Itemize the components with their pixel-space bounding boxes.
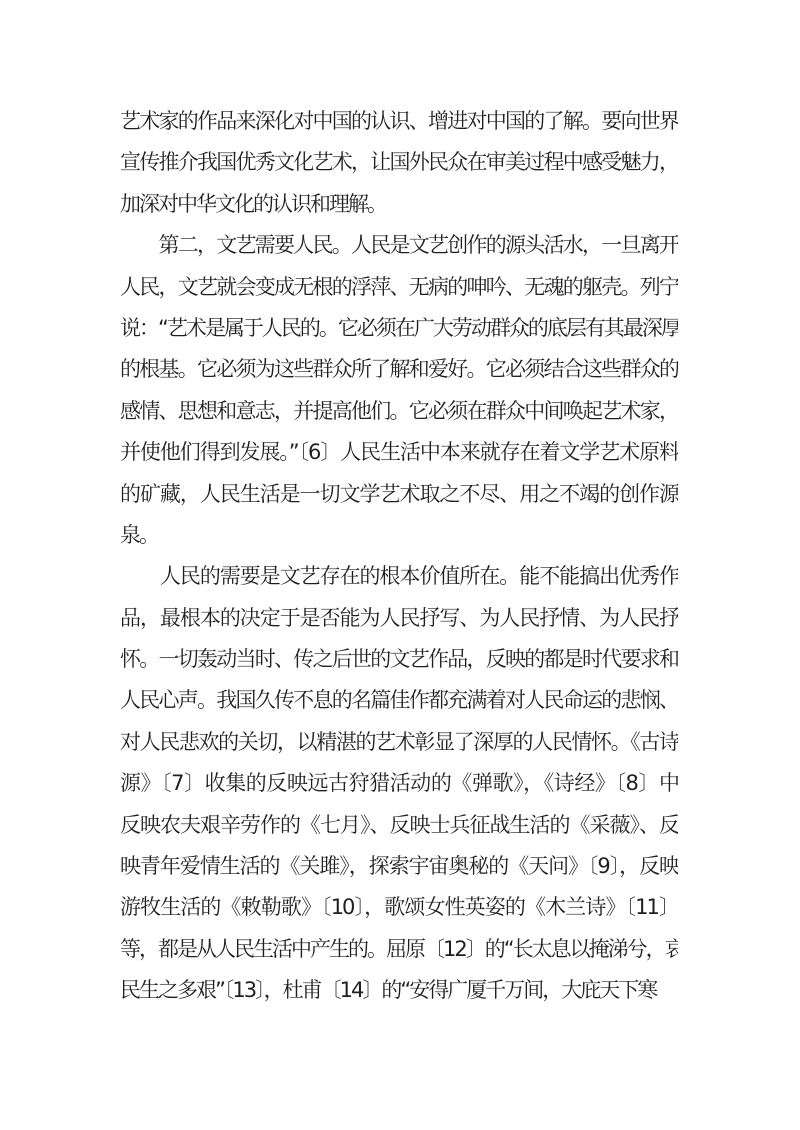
paragraph: 第二，文艺需要人民。人民是文艺创作的源头活水，一旦离开人民，文艺就会变成无根的浮… — [120, 225, 678, 556]
text-line: 加深对中华文化的认识和理解。 — [120, 184, 678, 225]
text-line: 并使他们得到发展。”〔6〕人民生活中本来就存在着文学艺术原料 — [120, 432, 678, 473]
text-line: 反映农夫艰辛劳作的《七月》、反映士兵征战生活的《采薇》、反 — [120, 805, 678, 846]
text-line: 的根基。它必须为这些群众所了解和爱好。它必须结合这些群众的 — [120, 349, 678, 390]
text-line: 艺术家的作品来深化对中国的认识、增进对中国的了解。要向世界 — [120, 101, 678, 142]
text-line: 宣传推介我国优秀文化艺术，让国外民众在审美过程中感受魅力， — [120, 142, 678, 183]
text-line: 人民心声。我国久传不息的名篇佳作都充满着对人民命运的悲悯、 — [120, 680, 678, 721]
text-line: 泉。 — [120, 515, 678, 556]
text-line: 人民，文艺就会变成无根的浮萍、无病的呻吟、无魂的躯壳。列宁 — [120, 267, 678, 308]
text-line: 源》〔7〕收集的反映远古狩猎活动的《弹歌》，《诗经》〔8〕中 — [120, 763, 678, 804]
text-line: 游牧生活的《敕勒歌》〔10〕，歌颂女性英姿的《木兰诗》〔11〕 — [120, 887, 678, 928]
text-line: 映青年爱情生活的《关雎》，探索宇宙奥秘的《天问》〔9〕，反映 — [120, 846, 678, 887]
text-line: 对人民悲欢的关切，以精湛的艺术彰显了深厚的人民情怀。《古诗 — [120, 722, 678, 763]
document-body: 艺术家的作品来深化对中国的认识、增进对中国的了解。要向世界宣传推介我国优秀文化艺… — [120, 101, 678, 1012]
text-line: 说：“艺术是属于人民的。它必须在广大劳动群众的底层有其最深厚 — [120, 308, 678, 349]
paragraph: 艺术家的作品来深化对中国的认识、增进对中国的了解。要向世界宣传推介我国优秀文化艺… — [120, 101, 678, 225]
text-line: 感情、思想和意志，并提高他们。它必须在群众中间唤起艺术家， — [120, 391, 678, 432]
document-page: 艺术家的作品来深化对中国的认识、增进对中国的了解。要向世界宣传推介我国优秀文化艺… — [0, 0, 800, 1130]
text-line: 品，最根本的决定于是否能为人民抒写、为人民抒情、为人民抒 — [120, 598, 678, 639]
text-line: 怀。一切轰动当时、传之后世的文艺作品，反映的都是时代要求和 — [120, 639, 678, 680]
paragraph: 人民的需要是文艺存在的根本价值所在。能不能搞出优秀作品，最根本的决定于是否能为人… — [120, 556, 678, 1011]
text-line: 人民的需要是文艺存在的根本价值所在。能不能搞出优秀作 — [120, 556, 678, 597]
text-line: 第二，文艺需要人民。人民是文艺创作的源头活水，一旦离开 — [120, 225, 678, 266]
text-line: 等，都是从人民生活中产生的。屈原〔12〕的“长太息以掩涕兮，哀 — [120, 929, 678, 970]
text-line: 的矿藏，人民生活是一切文学艺术取之不尽、用之不竭的创作源 — [120, 474, 678, 515]
text-line: 民生之多艰”〔13〕，杜甫〔14〕的“安得广厦千万间，大庇天下寒 — [120, 970, 678, 1011]
